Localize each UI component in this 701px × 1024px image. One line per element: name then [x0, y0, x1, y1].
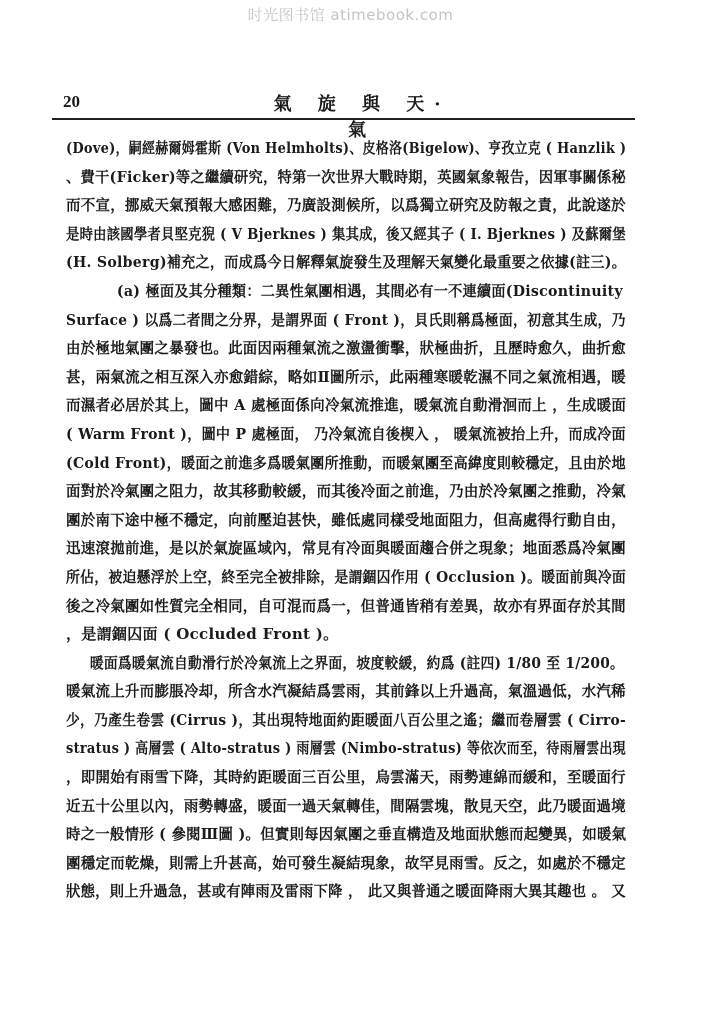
text-line: 所佔，被迫懸浮於上空，終至完全被排除，是謂錮囚作用 ( Occlusion )。…	[66, 563, 583, 592]
text-line: 而不宣，挪威天氣預報大感困難，乃廣設測候所，以爲獨立研究及防報之責，此說遂於	[66, 191, 605, 220]
text-line: 後之冷氣團如性質完全相同，自可混而爲一，但普通皆稍有差異，故亦有界面存於其間	[66, 592, 605, 621]
section-heading-line: (a) 極面及其分種類：二異性氣團相遇，其間必有一不連續面(Discontinu…	[66, 277, 594, 306]
text-line: 近五十公里以內，雨勢轉盛，暖面一過天氣轉佳，間隔雲塊，散見天空，此乃暖面過境	[66, 792, 605, 821]
watermark: 时光图书馆 atimebook.com	[0, 4, 701, 25]
text-line: 團於南下途中極不穩定，向前壓迫甚快，雖低處同樣受地面阻力，但高處得行動自由，	[66, 506, 605, 535]
body-text: (Dove)，嗣經赫爾姆霍斯 (Von Helmholts)、皮格洛(Bigel…	[66, 134, 626, 906]
text-line: 時之一般情形 ( 參閱Ⅲ圖 )。但實則每因氣團之垂直構造及地面狀態而起變異，如暖…	[66, 820, 602, 849]
text-line: ，即開始有雨雪下降，其時約距暖面三百公里，烏雲滿天，雨勢連綿而緩和，至暖面行	[66, 763, 605, 792]
text-line: ( Warm Front )，圖中 P 處極面， 乃冷氣流自後楔入 ， 暖氣流被…	[66, 420, 591, 449]
header-rule	[52, 118, 635, 120]
text-line: 暖氣流上升而膨脹冷却，所含水汽凝結爲雲雨，其前鋒以上升過高，氣溫過低，水汽稀	[66, 677, 605, 706]
text-line: 、費干(Ficker)等之繼續研究，特第一次世界大戰時期，英國氣象報告，因軍事關…	[66, 163, 597, 192]
text-line: 面對於冷氣團之阻力，故其移動較緩，而其後冷面之前進，乃由於冷氣團之推動，冷氣	[66, 477, 605, 506]
text-line: 而濕者必居於其上，圖中 A 處極面係向冷氣流推進，暖氣流自動滑洄而上 ，生成暖面	[66, 391, 608, 420]
text-line: (H. Solberg)補充之，而成爲今日解釋氣旋發生及理解天氣變化最重要之依據…	[66, 248, 592, 277]
running-head: 20 氣 旋 與 天· 氣	[62, 92, 622, 116]
text-line: 是時由該國學者貝堅克猊 ( V Bjerknes ) 集其成，後又經其子 ( I…	[66, 220, 563, 249]
text-line: 迅速滾拋前進，是以於氣旋區域內，常見有冷面與暖面趨合併之現象；地面悉爲冷氣團	[66, 534, 605, 563]
text-line: 甚，兩氣流之相互深入亦愈錯綜，略如Ⅱ圖所示，此兩種寒暖乾濕不同之氣流相遇，暖	[66, 363, 608, 392]
page-number: 20	[63, 92, 80, 112]
text-line: ，是謂錮囚面 ( Occluded Front )。	[66, 620, 626, 649]
text-line: Surface ) 以爲二者間之分界，是謂界面 ( Front )，貝氏則稱爲極…	[66, 306, 582, 335]
text-line: stratus ) 高層雲 ( Alto-stratus ) 雨層雲 (Nimb…	[66, 734, 551, 763]
text-line: 狀態，則上升過急，甚或有陣雨及雷雨下降 ， 此又與普通之暖面降雨大異其趣也 。 …	[66, 877, 599, 906]
paragraph-start-line: 暖面爲暖氣流自動滑行於冷氣流上之界面，坡度較緩，約爲 (註四) 1/80 至 1…	[66, 649, 580, 678]
text-line: 團穩定而乾燥，則需上升甚高，始可發生凝結現象，故罕見雨雪。反之，如處於不穩定	[66, 849, 605, 878]
text-line: (Cold Front)，暖面之前進多爲暖氣團所推動，而暖氣團至高緯度則較穩定，…	[66, 449, 591, 478]
text-line: 少，乃產生卷雲 (Cirrus )，其出現特地面約距暖面八百公里之遙；繼而卷層雲…	[66, 706, 581, 735]
text-line: 由於極地氣團之暴發也。此面因兩種氣流之激盪衝擊，狀極曲折，且歷時愈久，曲折愈	[66, 334, 605, 363]
text-line: (Dove)，嗣經赫爾姆霍斯 (Von Helmholts)、皮格洛(Bigel…	[66, 134, 550, 163]
